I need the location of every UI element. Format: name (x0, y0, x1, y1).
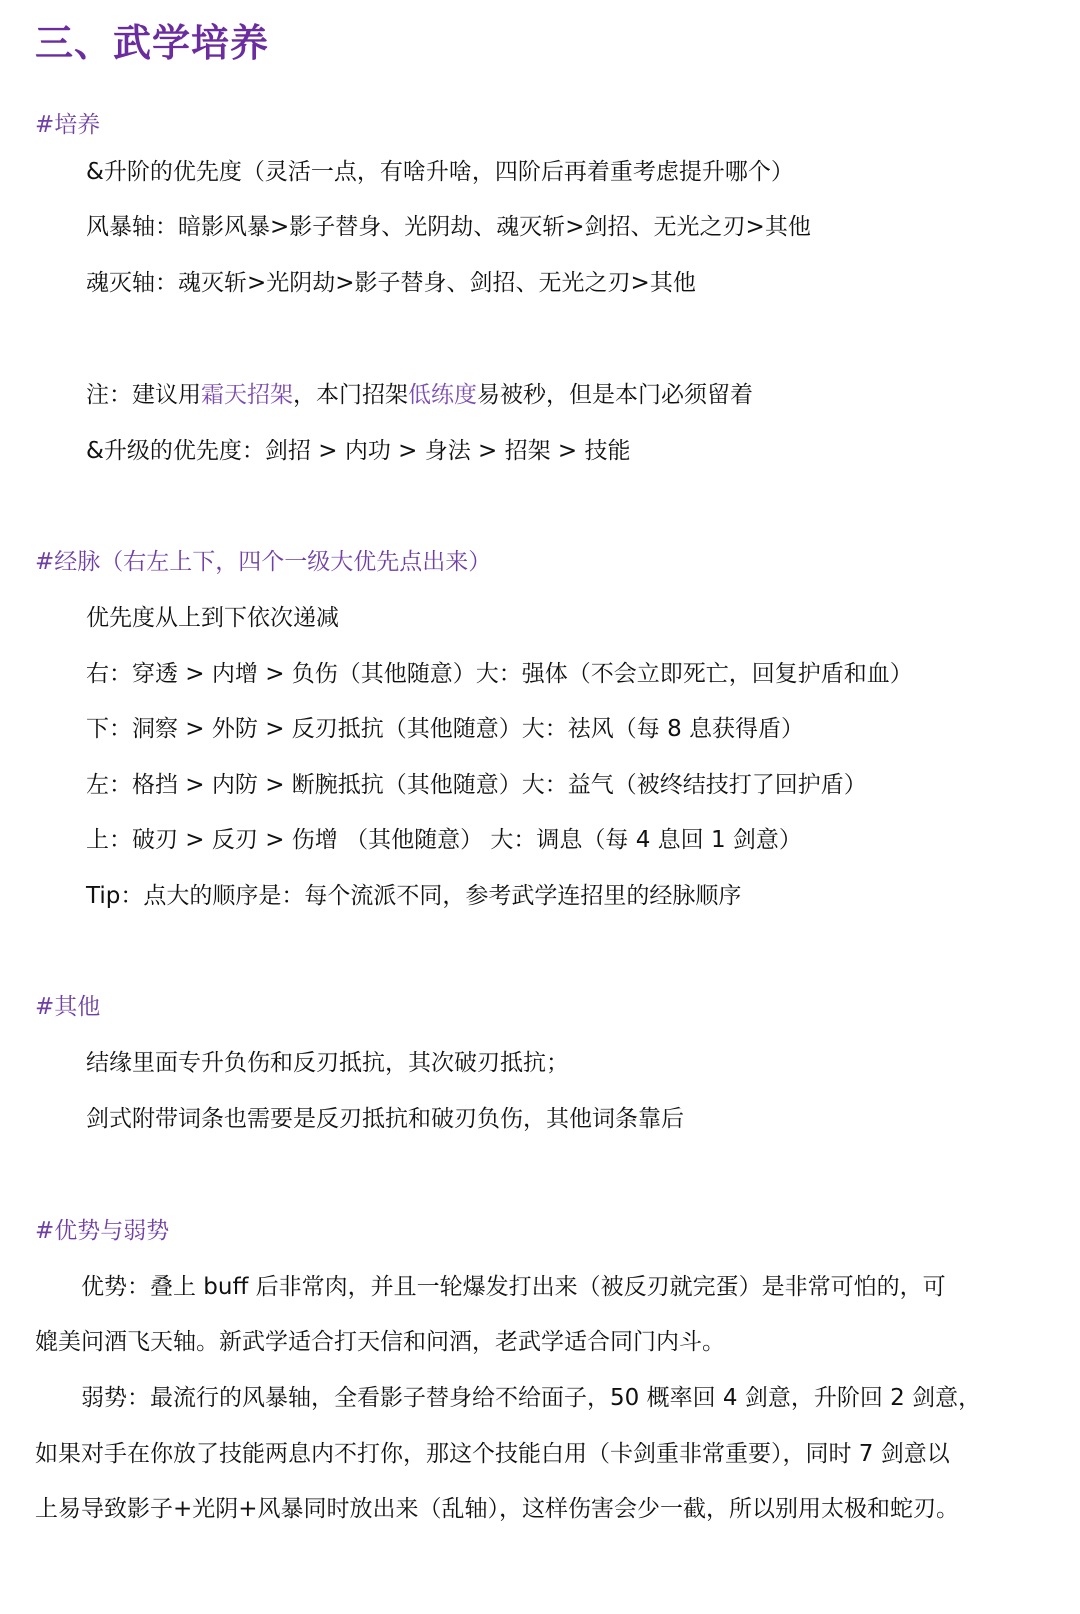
note-middle: ，本门招架 (293, 382, 408, 408)
text-line: 左：格挡 > 内防 > 断腕抵抗（其他随意）大：益气（被终结技打了回护盾） (86, 766, 867, 799)
note-line: 注：建议用霜天招架，本门招架低练度易被秒，但是本门必须留着 (86, 376, 753, 409)
text-line: 魂灭轴：魂灭斩>光阴劫>影子替身、剑招、无光之刃>其他 (86, 264, 696, 297)
paragraph-line: 优势：叠上 buff 后非常肉，并且一轮爆发打出来（被反刃就完蛋）是非常可怕的，… (35, 1268, 1035, 1301)
note-highlight: 霜天招架 (201, 382, 293, 408)
paragraph-line: 弱势：最流行的风暴轴，全看影子替身给不给面子，50 概率回 4 剑意，升阶回 2… (35, 1379, 1035, 1412)
text-line: 下：洞察 > 外防 > 反刃抵抗（其他随意）大：祛风（每 8 息获得盾） (86, 710, 804, 743)
paragraph-line: 上易导致影子+光阴+风暴同时放出来（乱轴），这样伤害会少一截，所以别用太极和蛇刃… (35, 1490, 1035, 1523)
paragraph-line: 媲美问酒飞天轴。新武学适合打天信和问酒，老武学适合同门内斗。 (35, 1323, 1035, 1356)
text-line: 风暴轴：暗影风暴>影子替身、光阴劫、魂灭斩>剑招、无光之刃>其他 (86, 208, 811, 241)
text-line: 剑式附带词条也需要是反刃抵抗和破刃负伤，其他词条靠后 (86, 1100, 684, 1133)
text-line: Tip：点大的顺序是：每个流派不同，参考武学连招里的经脉顺序 (86, 877, 741, 910)
note-prefix: 注：建议用 (86, 382, 201, 408)
note-suffix: 易被秒，但是本门必须留着 (477, 382, 753, 408)
section-heading-pros-cons: #优势与弱势 (35, 1212, 169, 1245)
text-line: 上：破刃 > 反刃 > 伤增 （其他随意） 大：调息（每 4 息回 1 剑意） (86, 821, 802, 854)
page-title: 三、武学培养 (35, 12, 269, 67)
section-heading-cultivate: #培养 (35, 106, 100, 139)
text-line: 优先度从上到下依次递减 (86, 599, 339, 632)
section-heading-other: #其他 (35, 988, 100, 1021)
text-line: &升级的优先度：剑招 > 内功 > 身法 > 招架 > 技能 (86, 432, 631, 465)
text-line: &升阶的优先度（灵活一点，有啥升啥，四阶后再着重考虑提升哪个） (86, 153, 794, 186)
text-line: 结缘里面专升负伤和反刃抵抗，其次破刃抵抗； (86, 1044, 569, 1077)
text-line: 右：穿透 > 内增 > 负伤（其他随意）大：强体（不会立即死亡，回复护盾和血） (86, 655, 913, 688)
note-highlight: 低练度 (408, 382, 477, 408)
section-heading-meridian: #经脉（右左上下，四个一级大优先点出来） (35, 543, 491, 576)
paragraph-line: 如果对手在你放了技能两息内不打你，那这个技能白用（卡剑重非常重要），同时 7 剑… (35, 1435, 1035, 1468)
